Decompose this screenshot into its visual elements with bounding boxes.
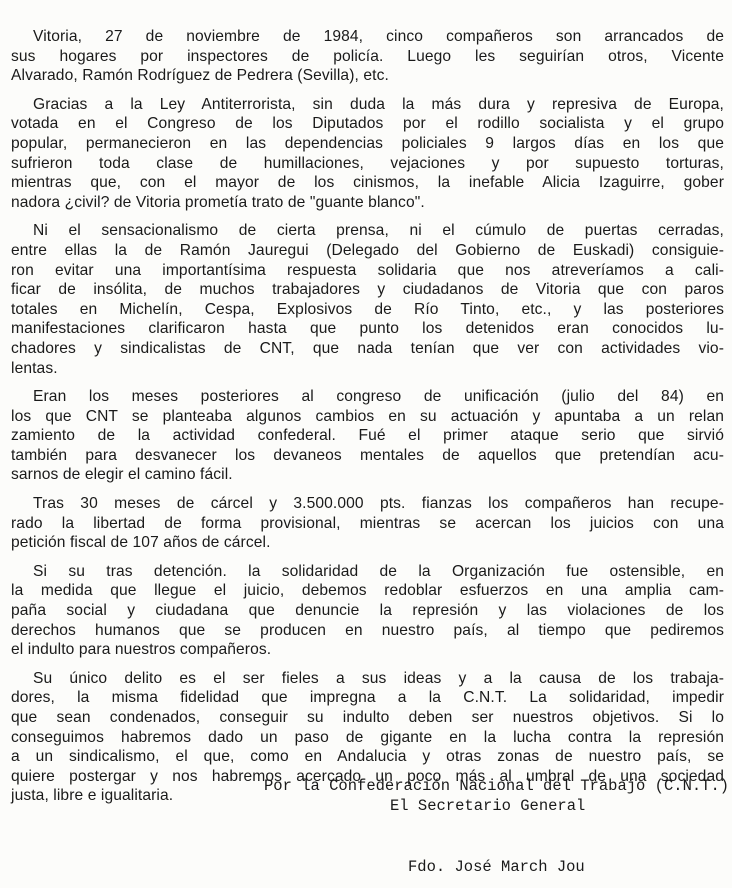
paragraph-line: lentas. [11, 359, 724, 379]
paragraph-line: conseguimos habremos dado un paso de gig… [11, 728, 724, 748]
paragraph-line: rado la libertad de forma provisional, m… [11, 514, 724, 534]
signature-organization: Por la Confederación Nacional del Trabaj… [264, 776, 729, 796]
paragraph-line: Vitoria, 27 de noviembre de 1984, cinco … [11, 27, 724, 47]
scanned-letter-page: Vitoria, 27 de noviembre de 1984, cinco … [0, 0, 732, 888]
paragraph-line: chadores y sindicalistas de CNT, que nad… [11, 339, 724, 359]
paragraph-line: sarnos de elegir el camino fácil. [11, 465, 724, 485]
paragraph-line: votada en el Congreso de los Diputados p… [11, 114, 724, 134]
paragraph-line: también para desvanecer los devaneos men… [11, 446, 724, 466]
letter-paragraph: Vitoria, 27 de noviembre de 1984, cinco … [11, 27, 724, 86]
paragraph-line: Eran los meses posteriores al congreso d… [11, 387, 724, 407]
paragraph-line: el indulto para nuestros compañeros. [11, 640, 724, 660]
paragraph-line: derechos humanos que se producen en nues… [11, 621, 724, 641]
paragraph-line: entre ellas la de Ramón Jauregui (Delega… [11, 241, 724, 261]
paragraph-line: Tras 30 meses de cárcel y 3.500.000 pts.… [11, 494, 724, 514]
paragraph-line: popular, permanecieron en las dependenci… [11, 134, 724, 154]
letter-paragraph: Ni el sensacionalismo de cierta prensa, … [11, 221, 724, 378]
paragraph-line: sufrieron toda clase de humillaciones, v… [11, 154, 724, 174]
paragraph-line: ficar de insólita, de muchos trabajadore… [11, 280, 724, 300]
paragraph-line: zamiento de la actividad confederal. Fué… [11, 426, 724, 446]
paragraph-line: dores, la misma fidelidad que impregna a… [11, 688, 724, 708]
paragraph-line: nadora ¿civil? de Vitoria prometía trato… [11, 193, 724, 213]
paragraph-line: la medida que llegue el juicio, debemos … [11, 581, 724, 601]
paragraph-line: ron evitar una importantísima respuesta … [11, 261, 724, 281]
letter-paragraph: Gracias a la Ley Antiterrorista, sin dud… [11, 95, 724, 213]
paragraph-line: manifestaciones clarificaron hasta que p… [11, 319, 724, 339]
signature-title: El Secretario General [390, 796, 585, 816]
letter-paragraph: Si su tras detención. la solidaridad de … [11, 562, 724, 660]
paragraph-line: sus hogares por inspectores de policía. … [11, 47, 724, 67]
paragraph-line: Si su tras detención. la solidaridad de … [11, 562, 724, 582]
paragraph-line: Alvarado, Ramón Rodríguez de Pedrera (Se… [11, 66, 724, 86]
letter-body: Vitoria, 27 de noviembre de 1984, cinco … [11, 27, 724, 815]
letter-paragraph: Eran los meses posteriores al congreso d… [11, 387, 724, 485]
paragraph-line: petición fiscal de 107 años de cárcel. [11, 533, 724, 553]
paragraph-line: paña social y ciudadana que denuncie la … [11, 601, 724, 621]
paragraph-line: Su único delito es el ser fieles a sus i… [11, 669, 724, 689]
signature-name: Fdo. José March Jou [408, 857, 585, 877]
paragraph-line: a un sindicalismo, el que, como en Andal… [11, 747, 724, 767]
paragraph-line: totales en Michelín, Cespa, Explosivos d… [11, 300, 724, 320]
paragraph-line: mientras que, con el mayor de los cinism… [11, 173, 724, 193]
paragraph-line: Gracias a la Ley Antiterrorista, sin dud… [11, 95, 724, 115]
paragraph-line: Ni el sensacionalismo de cierta prensa, … [11, 221, 724, 241]
letter-paragraph: Tras 30 meses de cárcel y 3.500.000 pts.… [11, 494, 724, 553]
paragraph-line: los que CNT se planteaba algunos cambios… [11, 407, 724, 427]
paragraph-line: que sean condenados, conseguir su indult… [11, 708, 724, 728]
